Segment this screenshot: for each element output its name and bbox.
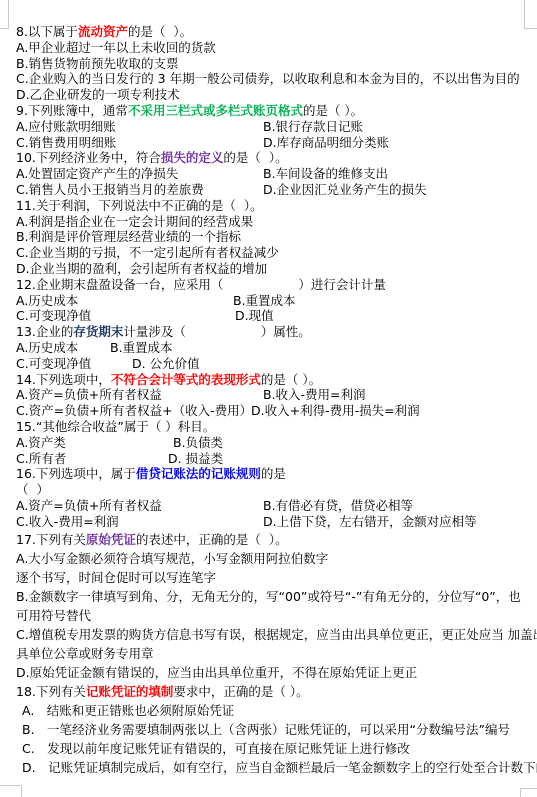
text-run: D.库存商品明细分类账 [263,135,389,150]
q18-option-b: B. 一笔经济业务需要填制两张以上（含两张）记账凭证的，可以采用“分数编号法”编… [16,720,535,739]
option-column: A.资产类 [16,435,66,450]
text-run: B.重置成本 [110,340,173,355]
text-run: A.大小写金额必须符合填写规范，小写金额用阿拉伯数字 [16,551,328,566]
q8-stem: 8.以下属于流动资产的是（ ）。 [16,24,535,40]
text-run: 10.下列经济业务中，符合 [16,150,161,165]
text-run: B.车间设备的维修支出 [263,166,388,181]
q16-stem: 16.下列选项中，属于借贷记账法的记账规则的是 [16,466,535,482]
option-column: B.有借必有贷，借贷必相等 [263,498,413,514]
q11-stem: 11.关于利润，下列说法中不正确的是（ ）。 [16,198,535,214]
text-run: D. 损益类 [168,451,223,466]
q10-options-cd: C.销售人员小王报销当月的差旅费D.企业因汇兑业务产生的损失 [16,182,535,198]
text-run: B.收入-费用=利润 [263,387,366,402]
option-column: B.重置成本 [233,293,296,309]
q17-option-b: B.金额数字一律填写到角、分，无角无分的，写“00”或符号“-”有角无分的，分位… [16,587,535,606]
text-run: 13.企业的 [16,324,73,339]
text-run: 18.下列有关 [16,684,86,699]
q11-option-d: D.企业当期的盈利，会引起所有者权益的增加 [16,261,535,277]
option-column: C.资产=负债+所有者权益+（收入-费用） [16,403,252,418]
text-run: 15.“其他综合收益”属于（ ）科目。 [16,419,215,434]
highlighted-term: 损失的定义 [161,150,224,165]
option-column: A.资产=负债+所有者权益 [16,498,162,513]
text-run: （ ） [16,482,49,497]
text-run: 的是（ ）。 [223,150,287,165]
q10-options-ab: A.处置固定资产产生的净损失B.车间设备的维修支出 [16,166,535,182]
text-run: A.历史成本 [16,293,78,308]
margin-mark-bottom-left-icon [0,785,22,797]
q18-option-a: A. 结账和更正错账也必须附原始凭证 [16,701,535,720]
q17-option-d: D.原始凭证金额有错误的，应当由出具单位重开，不得在原始凭证上更正 [16,663,535,682]
text-run: 14.下列选项中， [16,372,111,387]
text-run: B.负债类 [173,435,223,450]
text-run: B.利润是评价管理层经营业绩的一个指标 [16,229,241,244]
text-run: 12.企业期末盘盈设备一台，应采用（ ）进行会计计量 [16,277,386,292]
highlighted-term: 原始凭证 [86,532,136,547]
text-run: 17.下列有关 [16,532,86,547]
option-column: D.库存商品明细分类账 [263,135,389,151]
q8-option-c: C.企业购入的当日发行的 3 年期一般公司债券，以收取利息和本金为目的，不以出售… [16,71,535,87]
q18-option-c: C. 发现以前年度记账凭证有错误的，可直接在原记账凭证上进行修改 [16,739,535,758]
text-run: 的是（ ）。 [261,372,321,387]
highlighted-term: 不符合会计等式的表现形式 [111,372,261,387]
option-column: D.上借下贷，左右错开，金额对应相等 [263,514,477,530]
option-column: D.收入+利得-费用-损失=利润 [251,403,420,419]
q13-stem: 13.企业的存货期末计量涉及（ ）属性。 [16,324,535,340]
text-run: A.利润是指企业在一定会计期间的经营成果 [16,214,253,229]
q16-options-cd: C.收入-费用=利润D.上借下贷，左右错开，金额对应相等 [16,514,535,530]
text-run: D.企业因汇兑业务产生的损失 [263,182,427,197]
option-column: C.销售费用明细账 [16,135,116,150]
text-run: 8.以下属于 [16,24,78,39]
option-column: A.资产=负债+所有者权益 [16,387,162,402]
text-run: D.乙企业研发的一项专利技术 [16,87,180,102]
highlighted-term: 流动资产 [78,24,128,39]
q9-options-ab: A.应付账款明细账B.银行存款日记账 [16,119,535,135]
text-run: A.资产类 [16,435,66,450]
text-run: C.可变现净值 [16,356,91,371]
q11-option-a: A.利润是指企业在一定会计期间的经营成果 [16,214,535,230]
option-column: A.历史成本 [16,340,78,355]
option-column: D.现值 [235,308,274,324]
highlighted-term: 记账凭证的填制 [86,684,174,699]
option-column: C.可变现净值 [16,308,91,323]
option-column: B.负债类 [173,435,223,451]
text-run: 的是（ ）。 [303,103,363,118]
text-run: 要求中，正确的是（ ）。 [173,684,308,699]
text-run: C.销售人员小王报销当月的差旅费 [16,182,204,197]
text-run: D.收入+利得-费用-损失=利润 [251,403,420,418]
q11-option-c: C.企业当期的亏损，不一定引起所有者权益减少 [16,245,535,261]
document-page: 8.以下属于流动资产的是（ ）。A.甲企业超过一年以上未收回的货款B.销售货物前… [0,0,537,797]
q9-options-cd: C.销售费用明细账D.库存商品明细分类账 [16,135,535,151]
q17-option-c: C.增值税专用发票的购货方信息书写有误，根据规定，应当由出具单位更正，更正处应当… [16,625,535,644]
option-column: B.车间设备的维修支出 [263,166,388,182]
option-column: C.可变现净值 [16,356,91,371]
q12-stem: 12.企业期末盘盈设备一台，应采用（ ）进行会计计量 [16,277,535,293]
q8-option-d: D.乙企业研发的一项专利技术 [16,87,535,103]
q15-options-cd: C.所有者D. 损益类 [16,451,535,467]
text-run: 的是 [261,466,286,481]
text-run: D.上借下贷，左右错开，金额对应相等 [263,514,477,529]
option-column: B.重置成本 [110,340,173,356]
q18-stem: 18.下列有关记账凭证的填制要求中，正确的是（ ）。 [16,682,535,701]
text-run: A.处置固定资产产生的净损失 [16,166,178,181]
highlighted-term: 借贷记账法的记账规则 [136,466,261,481]
text-run: A.资产=负债+所有者权益 [16,387,162,402]
text-run: D.原始凭证金额有错误的，应当由出具单位重开，不得在原始凭证上更正 [16,665,417,680]
option-column: C.所有者 [16,451,66,466]
text-run: D.企业当期的盈利，会引起所有者权益的增加 [16,261,267,276]
q16-options-ab: A.资产=负债+所有者权益B.有借必有贷，借贷必相等 [16,498,535,514]
option-column: B.收入-费用=利润 [263,387,366,403]
text-run: B.销售货物前预先收取的支票 [16,56,179,71]
margin-mark-top-left-icon [0,0,9,29]
text-run: D. 记账凭证填制完成后，如有空行，应当自金额栏最后一笔金额数字上的空行处至合计… [22,760,537,775]
q17-option-b-cont: 可用符号替代 [16,606,535,625]
text-run: D.现值 [235,308,274,323]
option-column: D.企业因汇兑业务产生的损失 [263,182,427,198]
q14-stem: 14.下列选项中，不符合会计等式的表现形式的是（ ）。 [16,372,535,388]
questions-17-18: 17.下列有关原始凭证的表述中，正确的是（ ）。A.大小写金额必须符合填写规范，… [16,530,535,777]
option-column: A.历史成本 [16,293,78,308]
highlighted-term: 存货期末 [73,324,123,339]
q17-option-a: A.大小写金额必须符合填写规范，小写金额用阿拉伯数字 [16,549,535,568]
q13-options-ab: A.历史成本B.重置成本 [16,340,535,356]
text-run: C. 发现以前年度记账凭证有错误的，可直接在原记账凭证上进行修改 [22,741,410,756]
text-run: C.企业购入的当日发行的 3 年期一般公司债券，以收取利息和本金为目的，不以出售… [16,71,520,86]
text-run: A.应付账款明细账 [16,119,116,134]
q10-stem: 10.下列经济业务中，符合损失的定义的是（ ）。 [16,150,535,166]
text-run: B. 一笔经济业务需要填制两张以上（含两张）记账凭证的，可以采用“分数编号法”编… [22,722,510,737]
text-run: C.收入-费用=利润 [16,514,119,529]
text-run: B.银行存款日记账 [263,119,363,134]
q17-stem: 17.下列有关原始凭证的表述中，正确的是（ ）。 [16,530,535,549]
text-run: C.增值税专用发票的购货方信息书写有误，根据规定，应当由出具单位更正，更正处应当… [16,627,537,642]
margin-mark-bottom-right-icon [520,788,537,797]
q12-options-cd: C.可变现净值D.现值 [16,308,535,324]
text-run: C.企业当期的亏损，不一定引起所有者权益减少 [16,245,279,260]
option-column: A.应付账款明细账 [16,119,116,134]
q14-options-cd: C.资产=负债+所有者权益+（收入-费用）D.收入+利得-费用-损失=利润 [16,403,535,419]
option-column: C.销售人员小王报销当月的差旅费 [16,182,204,197]
q16-stem-wrap: （ ） [16,482,535,498]
text-run: 11.关于利润，下列说法中不正确的是（ ）。 [16,198,263,213]
document-content: 8.以下属于流动资产的是（ ）。A.甲企业超过一年以上未收回的货款B.销售货物前… [16,24,535,777]
highlighted-term: 不采用三栏式或多栏式账页格式 [128,103,303,118]
option-column: A.处置固定资产产生的净损失 [16,166,178,181]
q11-option-b: B.利润是评价管理层经营业绩的一个指标 [16,229,535,245]
option-column: C.收入-费用=利润 [16,514,119,529]
text-run: 的表述中，正确的是（ ）。 [136,532,288,547]
option-column: D. 公允价值 [132,356,200,372]
text-run: 具单位公章或财务专用章 [16,646,154,661]
text-run: A.历史成本 [16,340,78,355]
q8-option-a: A.甲企业超过一年以上未收回的货款 [16,40,535,56]
q9-stem: 9.下列账簿中，通常不采用三栏式或多栏式账页格式的是（ ）。 [16,103,535,119]
text-run: C.可变现净值 [16,308,91,323]
text-run: B.金额数字一律填写到角、分，无角无分的，写“00”或符号“-”有角无分的，分位… [16,589,521,604]
q14-options-ab: A.资产=负债+所有者权益B.收入-费用=利润 [16,387,535,403]
q15-options-ab: A.资产类B.负债类 [16,435,535,451]
text-run: B.重置成本 [233,293,296,308]
q15-stem: 15.“其他综合收益”属于（ ）科目。 [16,419,535,435]
text-run: A. 结账和更正错账也必须附原始凭证 [22,703,234,718]
questions-8-16: 8.以下属于流动资产的是（ ）。A.甲企业超过一年以上未收回的货款B.销售货物前… [16,24,535,530]
text-run: 的是（ ）。 [128,24,192,39]
text-run: 可用符号替代 [16,608,91,623]
text-run: C.销售费用明细账 [16,135,116,150]
text-run: C.资产=负债+所有者权益+（收入-费用） [16,403,252,418]
option-column: B.银行存款日记账 [263,119,363,135]
q12-options-ab: A.历史成本B.重置成本 [16,293,535,309]
text-run: 9.下列账簿中，通常 [16,103,128,118]
q8-option-b: B.销售货物前预先收取的支票 [16,56,535,72]
q13-options-cd: C.可变现净值D. 公允价值 [16,356,535,372]
q17-option-c-cont: 具单位公章或财务专用章 [16,644,535,663]
option-column: D. 损益类 [168,451,223,467]
text-run: C.所有者 [16,451,66,466]
text-run: 计量涉及（ ）属性。 [123,324,311,339]
text-run: D. 公允价值 [132,356,200,371]
text-run: A.资产=负债+所有者权益 [16,498,162,513]
q18-option-d: D. 记账凭证填制完成后，如有空行，应当自金额栏最后一笔金额数字上的空行处至合计… [16,758,535,777]
text-run: B.有借必有贷，借贷必相等 [263,498,413,513]
text-run: A.甲企业超过一年以上未收回的货款 [16,40,216,55]
q17-option-a-cont: 逐个书写，时间仓促时可以写连笔字 [16,568,535,587]
text-run: 16.下列选项中，属于 [16,466,136,481]
text-run: 逐个书写，时间仓促时可以写连笔字 [16,570,216,585]
